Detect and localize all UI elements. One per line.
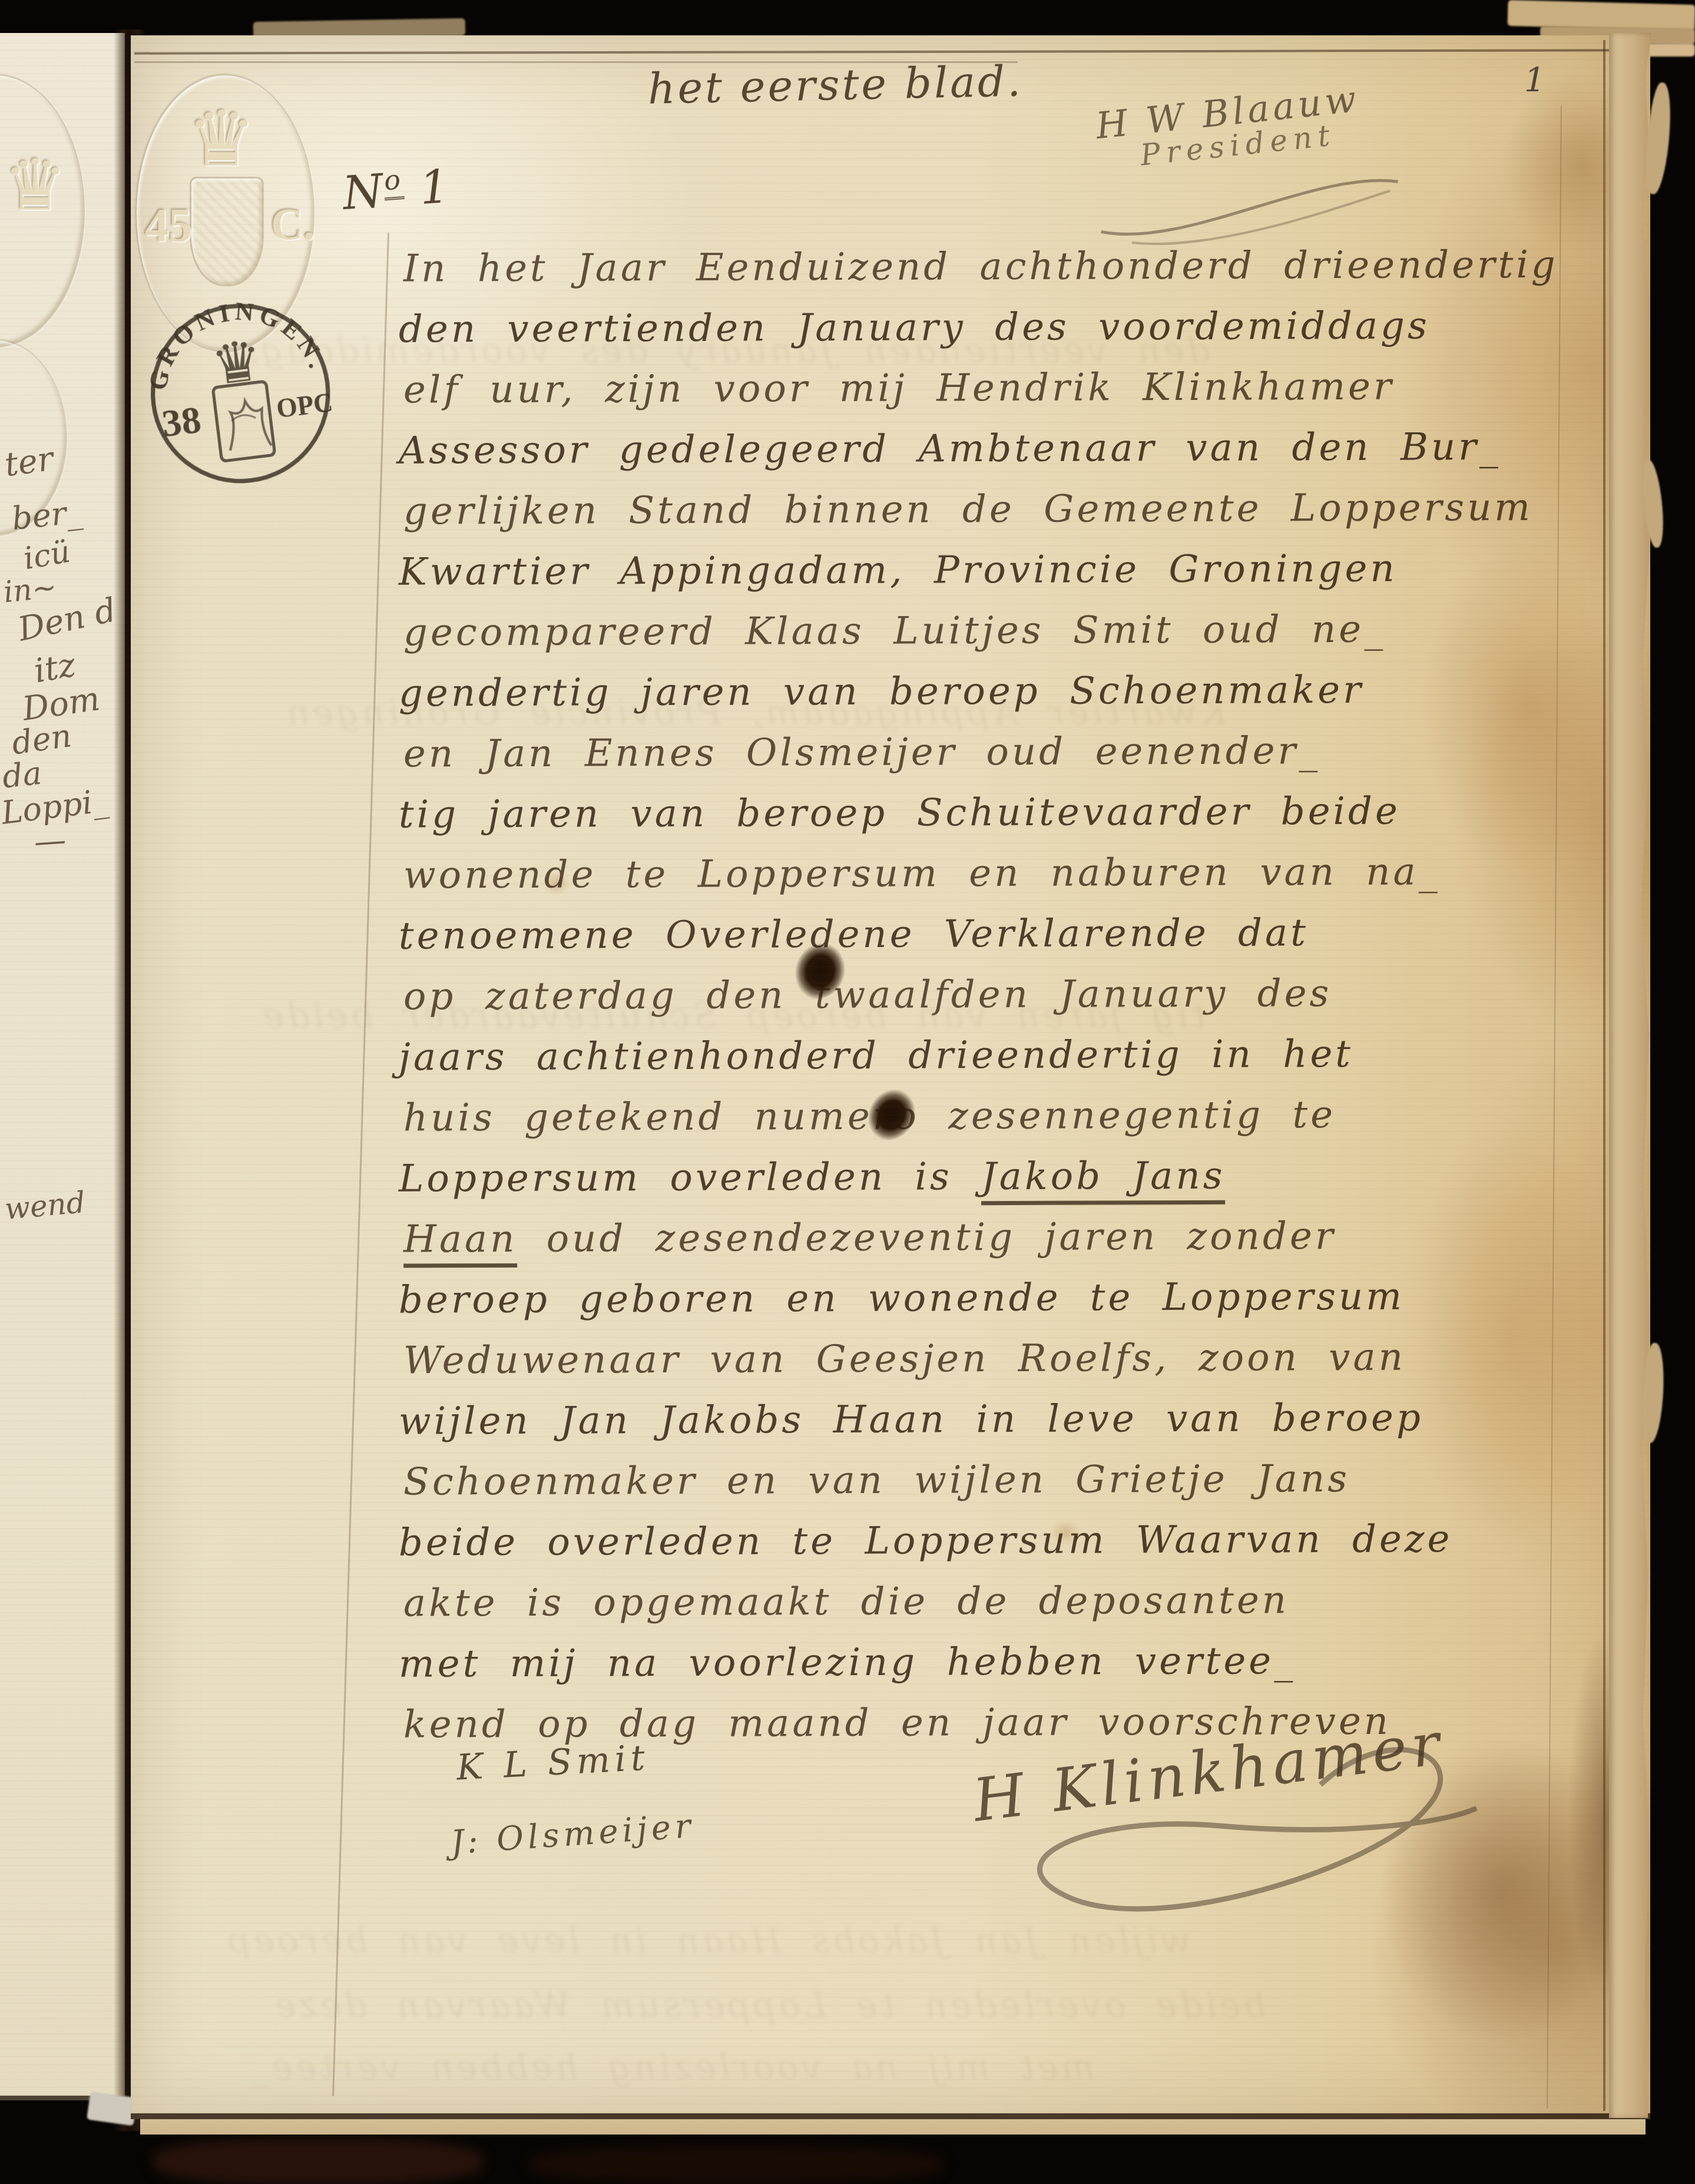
groningen-ink-stamp: GRONINGEN. ♛ 38 OPC [138, 287, 343, 497]
marginalia-fragment: ter [2, 440, 56, 485]
line-text: beide overleden te Loppersum Waarvan dez… [399, 1517, 1453, 1564]
marginalia-fragment: Den d [15, 591, 120, 648]
marginalia-fragment: da [1, 755, 44, 796]
shadow-patch [530, 2145, 942, 2184]
marginalia-fragment: den [9, 717, 74, 762]
line-text: gendertig jaren van beroep Schoenmaker [399, 669, 1364, 716]
crown-emboss-icon: ♛ [187, 94, 256, 184]
line-text: den veertienden January des voordemiddag… [399, 305, 1430, 352]
body-line: Assessor gedelegeerd Ambtenaar van den B… [399, 416, 1624, 481]
marginalia-fragment: wend [4, 1185, 87, 1226]
top-crease-line [134, 49, 1642, 54]
line-text: tig jaren van beroep Schuitevaarder beid… [399, 790, 1401, 837]
marginalia-fragment: icü [21, 534, 72, 577]
arms-shield-emboss-icon [190, 177, 264, 286]
record-page: ♛ 45 C. GRONINGEN. ♛ 38 OPC het eerste b… [131, 35, 1650, 2119]
line-text: In het Jaar Eenduizend achthonderd driee… [403, 243, 1558, 291]
line-text: Schoenmaker en van wijlen Grietje Jans [403, 1457, 1350, 1504]
stamp-left-text: 38 [160, 398, 203, 446]
act-number-value: 1 [418, 160, 452, 215]
body-line: elf uur, zijn voor mij Hendrik Klinkhame… [403, 356, 1624, 421]
seal-value-left: 45 [145, 199, 192, 253]
bleed-through-line: wijlen Jan Jakobs Haan in leve van beroe… [225, 1920, 1191, 1961]
line-text: beroep geboren en wonende te Loppersum [399, 1275, 1405, 1322]
line-text: Weduwenaar van Geesjen Roelfs, zoon van [403, 1336, 1406, 1383]
underlined-name: Haan [403, 1217, 518, 1268]
page-annotation: het eerste blad. [647, 56, 1023, 113]
body-line: wonende te Loppersum en naburen van na_ [403, 841, 1624, 906]
line-text: tenoemene Overledene Verklarende dat [399, 911, 1309, 958]
body-line: gendertig jaren van beroep Schoenmaker [399, 659, 1624, 724]
body-line: tenoemene Overledene Verklarende dat [399, 902, 1624, 967]
marginalia-fragment: ber_ [10, 493, 84, 537]
marginalia-fragment: in~ [2, 570, 58, 609]
act-number-prefix: N [341, 165, 386, 221]
crown-emboss-icon: ♛ [4, 145, 67, 227]
bleed-through-line: beide overleden te Loppersum Waarvan dez… [272, 1985, 1266, 2026]
marginalia-fragment: Loppi_ [0, 782, 110, 832]
line-text: met mij na voorlezing hebben vertee_ [399, 1639, 1296, 1686]
previous-page-edge: ♛ terber_icüin~Den ditzDomdendaLoppi_—we… [0, 33, 125, 2100]
line-text: gerlijken Stand binnen de Gemeente Loppe… [403, 486, 1533, 534]
line-text: akte is opgemaakt die de deposanten [403, 1579, 1289, 1625]
body-line: wijlen Jan Jakobs Haan in leve van beroe… [399, 1387, 1624, 1452]
body-line: akte is opgemaakt die de deposanten [403, 1569, 1624, 1634]
line-text: elf uur, zijn voor mij Hendrik Klinkhame… [403, 365, 1395, 412]
body-line: huis getekend numero zesennegentig te [403, 1084, 1624, 1149]
seal-value-right: C. [271, 199, 314, 250]
bleed-through-line: met mij na voorlezing hebben vertee_ [249, 2047, 1095, 2088]
embossed-seal-partial-2 [0, 339, 67, 536]
line-text: oud zesendezeventig jaren zonder [517, 1215, 1336, 1261]
embossed-seal-partial [0, 74, 85, 348]
body-line: Schoenmaker en van wijlen Grietje Jans [403, 1448, 1624, 1513]
marginalia-fragment: — [33, 821, 67, 861]
body-line: beide overleden te Loppersum Waarvan dez… [399, 1508, 1624, 1573]
line-text: en Jan Ennes Olsmeijer oud eenender_ [403, 729, 1320, 776]
page-stack-edge [1507, 0, 1695, 31]
body-line: Haan oud zesendezeventig jaren zonder [403, 1205, 1624, 1270]
line-text: wonende te Loppersum en naburen van na_ [403, 850, 1441, 897]
left-margin-rule [332, 233, 389, 2096]
body-line: op zaterdag den twaalfden January des [403, 962, 1624, 1027]
archival-scan: ♛ terber_icüin~Den ditzDomdendaLoppi_—we… [0, 0, 1695, 2184]
line-text: op zaterdag den twaalfden January des [403, 972, 1332, 1019]
body-line: In het Jaar Eenduizend achthonderd driee… [403, 234, 1624, 299]
act-number-sup: o [382, 163, 405, 200]
body-line: gerlijken Stand binnen de Gemeente Loppe… [403, 477, 1624, 542]
line-text: wijlen Jan Jakobs Haan in leve van beroe… [399, 1397, 1423, 1444]
body-line: Loppersum overleden is Jakob Jans [399, 1144, 1624, 1209]
witness-signature-2: J: Olsmeijer [449, 1807, 696, 1862]
approval-signature: H W Blaauw President [1094, 70, 1429, 177]
line-text: Loppersum overleden is [399, 1155, 981, 1200]
act-number: No 1 [341, 160, 452, 221]
body-line: en Jan Ennes Olsmeijer oud eenender_ [403, 720, 1624, 785]
marginalia-fragment: itz [31, 646, 78, 690]
page-corner-sliver [87, 2092, 137, 2126]
body-line: gecompareerd Klaas Luitjes Smit oud ne_ [403, 598, 1624, 663]
foxing-stain [1379, 1738, 1627, 2044]
body-line: den veertienden January des voordemiddag… [399, 295, 1624, 360]
body-line: jaars achtienhonderd drieendertig in het [399, 1023, 1624, 1088]
body-text: In het Jaar Eenduizend achthonderd driee… [399, 237, 1624, 1753]
shadow-patch [153, 2138, 483, 2184]
torn-page-edge [1609, 33, 1651, 2118]
body-line: Weduwenaar van Geesjen Roelfs, zoon van [403, 1326, 1624, 1391]
body-line: beroep geboren en wonende te Loppersum [399, 1266, 1624, 1331]
body-line: met mij na voorlezing hebben vertee_ [399, 1630, 1624, 1695]
folio-number: 1 [1524, 61, 1545, 100]
line-text: gecompareerd Klaas Luitjes Smit oud ne_ [403, 608, 1386, 655]
underlined-name: Jakob Jans [981, 1154, 1226, 1205]
line-text: Assessor gedelegeerd Ambtenaar van den B… [399, 425, 1501, 473]
line-text: Kwartier Appingadam, Provincie Groningen [399, 547, 1398, 594]
body-line: tig jaren van beroep Schuitevaarder beid… [399, 780, 1624, 845]
body-line: Kwartier Appingadam, Provincie Groningen [399, 538, 1624, 603]
line-text: jaars achtienhonderd drieendertig in het [399, 1033, 1353, 1080]
marginalia-fragment: Dom [20, 680, 102, 729]
